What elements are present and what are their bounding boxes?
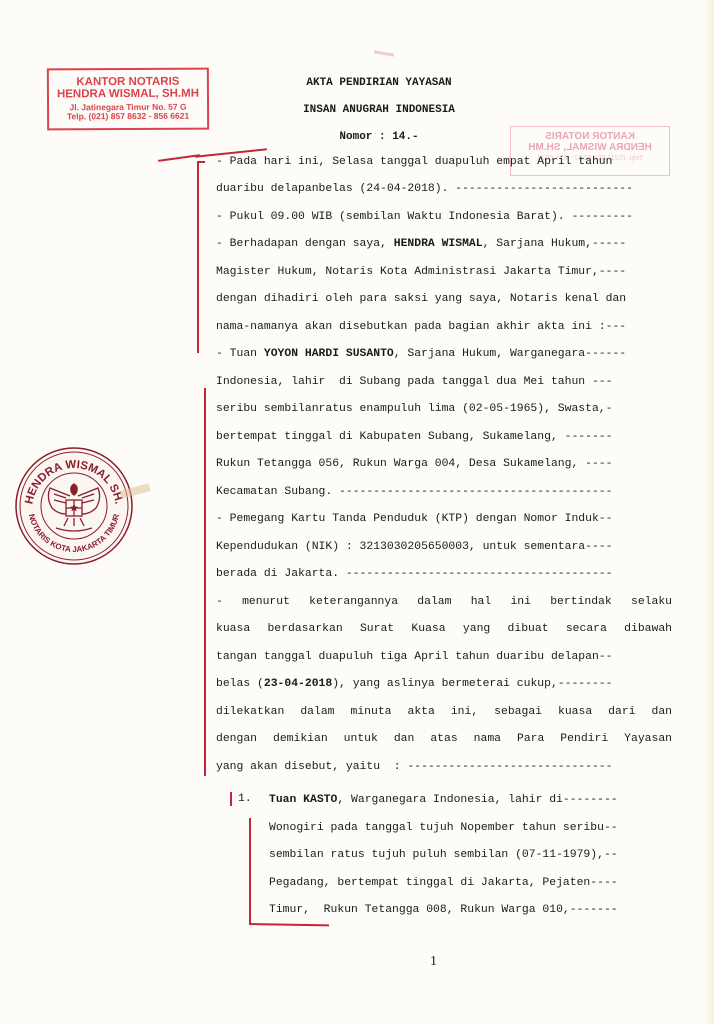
body-text: ), yang aslinya bermeterai cukup,-------… xyxy=(332,678,612,690)
paper-mark xyxy=(374,50,394,56)
body-line: dengan demikian untuk dan atas nama Para… xyxy=(216,732,672,746)
body-line: - Tuan YOYON HARDI SUSANTO, Sarjana Huku… xyxy=(216,347,672,361)
body-line: tangan tanggal duapuluh tiga April tahun… xyxy=(216,650,672,664)
body-text: - Tuan xyxy=(216,348,264,360)
body-line: duaribu delapanbelas (24-04-2018). -----… xyxy=(216,182,672,196)
body-line: - Pemegang Kartu Tanda Penduduk (KTP) de… xyxy=(216,512,672,526)
deed-title: AKTA PENDIRIAN YAYASAN xyxy=(22,77,714,89)
body-line: Kecamatan Subang. ----------------------… xyxy=(216,485,672,499)
body-line: dilekatkan dalam minuta akta ini, sebaga… xyxy=(216,705,672,719)
body-line: - Pada hari ini, Selasa tanggal duapuluh… xyxy=(216,155,672,169)
body-line: belas (23-04-2018), yang aslinya bermete… xyxy=(216,677,672,691)
stamp-line-2: HENDRA WISMAL, SH.MH xyxy=(49,88,207,101)
body-text: , Sarjana Hukum,----- xyxy=(483,238,627,250)
body-text: - Berhadapan dengan saya, xyxy=(216,238,394,250)
power-of-attorney-date: 23-04-2018 xyxy=(264,678,332,690)
seal-icon: HENDRA WISMAL SH. NOTARIS KOTA JAKARTA T… xyxy=(10,444,138,568)
body-line: nama-namanya akan disebutkan pada bagian… xyxy=(216,320,672,334)
foundation-name: INSAN ANUGRAH INDONESIA xyxy=(22,104,714,116)
ghost-stamp-line-2: HENDRA WISMAL, SH.MH xyxy=(511,142,669,153)
margin-line-vertical-1 xyxy=(197,161,199,353)
list-item-number: 1. xyxy=(238,793,252,805)
body-line: Magister Hukum, Notaris Kota Administras… xyxy=(216,265,672,279)
list-item-line: Pegadang, bertempat tinggal di Jakarta, … xyxy=(269,876,672,890)
list-item-line: Timur, Rukun Tetangga 008, Rukun Warga 0… xyxy=(269,903,672,917)
notary-name: HENDRA WISMAL xyxy=(394,238,483,250)
list-item-line: Tuan KASTO, Warganegara Indonesia, lahir… xyxy=(269,793,672,807)
body-text: belas ( xyxy=(216,678,264,690)
body-line: yang akan disebut, yaitu : -------------… xyxy=(216,760,672,774)
margin-line-list-mark xyxy=(230,792,232,806)
body-text: , Warganegara Indonesia, lahir di-------… xyxy=(337,794,617,806)
page-number: 1 xyxy=(430,954,437,970)
body-line: Indonesia, lahir di Subang pada tanggal … xyxy=(216,375,672,389)
body-line: Kependudukan (NIK) : 3213030205650003, u… xyxy=(216,540,672,554)
body-text: , Sarjana Hukum, Warganegara------ xyxy=(394,348,626,360)
founder-name: Tuan KASTO xyxy=(269,794,337,806)
appearer-name: YOYON HARDI SUSANTO xyxy=(264,348,394,360)
deed-number: Nomor : 14.- xyxy=(22,131,714,143)
margin-line-vertical-2 xyxy=(204,388,206,776)
notary-seal: HENDRA WISMAL SH. NOTARIS KOTA JAKARTA T… xyxy=(10,444,138,568)
body-line: bertempat tinggal di Kabupaten Subang, S… xyxy=(216,430,672,444)
body-line: dengan dihadiri oleh para saksi yang say… xyxy=(216,292,672,306)
page-edge xyxy=(704,0,714,1024)
body-line: berada di Jakarta. ---------------------… xyxy=(216,567,672,581)
body-line: Rukun Tetangga 056, Rukun Warga 004, Des… xyxy=(216,457,672,471)
body-line: - Pukul 09.00 WIB (sembilan Waktu Indone… xyxy=(216,210,672,224)
margin-line-diagonal-1 xyxy=(158,154,200,161)
list-item-line: Wonogiri pada tanggal tujuh Nopember tah… xyxy=(269,821,672,835)
body-line: kuasa berdasarkan Surat Kuasa yang dibua… xyxy=(216,622,672,636)
margin-line-vertical-3 xyxy=(249,818,251,924)
list-item-line: sembilan ratus tujuh puluh sembilan (07-… xyxy=(269,848,672,862)
body-line: - menurut keterangannya dalam hal ini be… xyxy=(216,595,672,609)
margin-line-bottom xyxy=(249,923,329,926)
body-line: - Berhadapan dengan saya, HENDRA WISMAL,… xyxy=(216,237,672,251)
body-line: seribu sembilanratus enampuluh lima (02-… xyxy=(216,402,672,416)
